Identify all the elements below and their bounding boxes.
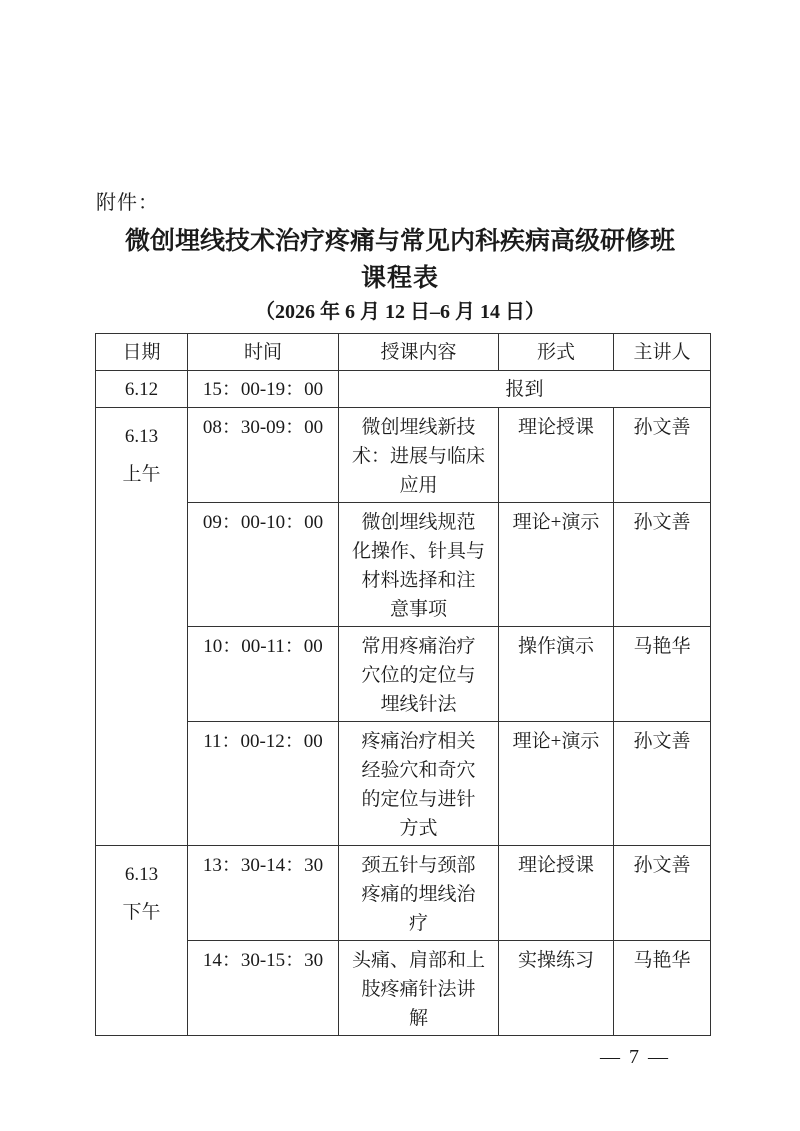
cell-date: 6.12 — [96, 371, 188, 408]
cell-lecturer: 孙文善 — [614, 846, 711, 941]
cell-content: 微创埋线新技 术：进展与临床 应用 — [339, 408, 499, 503]
cell-format: 理论+演示 — [499, 503, 614, 627]
header-cell-time: 时间 — [188, 334, 339, 371]
cell-content: 疼痛治疗相关 经验穴和奇穴 的定位与进针 方式 — [339, 722, 499, 846]
table-row: 10：00-11：00 常用疼痛治疗 穴位的定位与 埋线针法 操作演示 马艳华 — [96, 627, 711, 722]
document-title-line2: 课程表 — [0, 258, 800, 294]
table-row: 14：30-15：30 头痛、肩部和上 肢疼痛针法讲 解 实操练习 马艳华 — [96, 941, 711, 1036]
cell-date: 6.13 下午 — [96, 846, 188, 1036]
cell-date: 6.13 上午 — [96, 408, 188, 846]
page-number: — 7 — — [600, 1046, 670, 1069]
cell-lecturer: 孙文善 — [614, 503, 711, 627]
header-cell-lecturer: 主讲人 — [614, 334, 711, 371]
cell-time: 08：30-09：00 — [188, 408, 339, 503]
cell-time: 13：30-14：30 — [188, 846, 339, 941]
cell-format: 操作演示 — [499, 627, 614, 722]
cell-lecturer: 马艳华 — [614, 627, 711, 722]
document-title-line1: 微创埋线技术治疗疼痛与常见内科疾病高级研修班 — [0, 221, 800, 257]
table-row: 11：00-12：00 疼痛治疗相关 经验穴和奇穴 的定位与进针 方式 理论+演… — [96, 722, 711, 846]
cell-time: 14：30-15：30 — [188, 941, 339, 1036]
cell-format: 理论+演示 — [499, 722, 614, 846]
cell-lecturer: 马艳华 — [614, 941, 711, 1036]
cell-lecturer: 孙文善 — [614, 408, 711, 503]
cell-content: 头痛、肩部和上 肢疼痛针法讲 解 — [339, 941, 499, 1036]
cell-format: 理论授课 — [499, 408, 614, 503]
course-schedule-table: 日期 时间 授课内容 形式 主讲人 6.12 15：00-19：00 报到 6.… — [95, 333, 711, 1036]
table-row: 6.13 下午 13：30-14：30 颈五针与颈部 疼痛的埋线治 疗 理论授课… — [96, 846, 711, 941]
cell-content: 微创埋线规范 化操作、针具与 材料选择和注 意事项 — [339, 503, 499, 627]
table-header-row: 日期 时间 授课内容 形式 主讲人 — [96, 334, 711, 371]
header-cell-date: 日期 — [96, 334, 188, 371]
header-cell-format: 形式 — [499, 334, 614, 371]
cell-content: 报到 — [339, 371, 711, 408]
table-row: 09：00-10：00 微创埋线规范 化操作、针具与 材料选择和注 意事项 理论… — [96, 503, 711, 627]
cell-content: 颈五针与颈部 疼痛的埋线治 疗 — [339, 846, 499, 941]
table-row: 6.13 上午 08：30-09：00 微创埋线新技 术：进展与临床 应用 理论… — [96, 408, 711, 503]
cell-format: 理论授课 — [499, 846, 614, 941]
cell-time: 09：00-10：00 — [188, 503, 339, 627]
cell-time: 15：00-19：00 — [188, 371, 339, 408]
cell-time: 10：00-11：00 — [188, 627, 339, 722]
cell-content: 常用疼痛治疗 穴位的定位与 埋线针法 — [339, 627, 499, 722]
table-row: 6.12 15：00-19：00 报到 — [96, 371, 711, 408]
cell-lecturer: 孙文善 — [614, 722, 711, 846]
cell-format: 实操练习 — [499, 941, 614, 1036]
header-cell-content: 授课内容 — [339, 334, 499, 371]
attachment-label: 附件： — [96, 186, 159, 215]
document-page: 附件： 微创埋线技术治疗疼痛与常见内科疾病高级研修班 课程表 （2026 年 6… — [0, 0, 800, 1131]
document-date-range: （2026 年 6 月 12 日–6 月 14 日） — [0, 295, 800, 324]
cell-time: 11：00-12：00 — [188, 722, 339, 846]
